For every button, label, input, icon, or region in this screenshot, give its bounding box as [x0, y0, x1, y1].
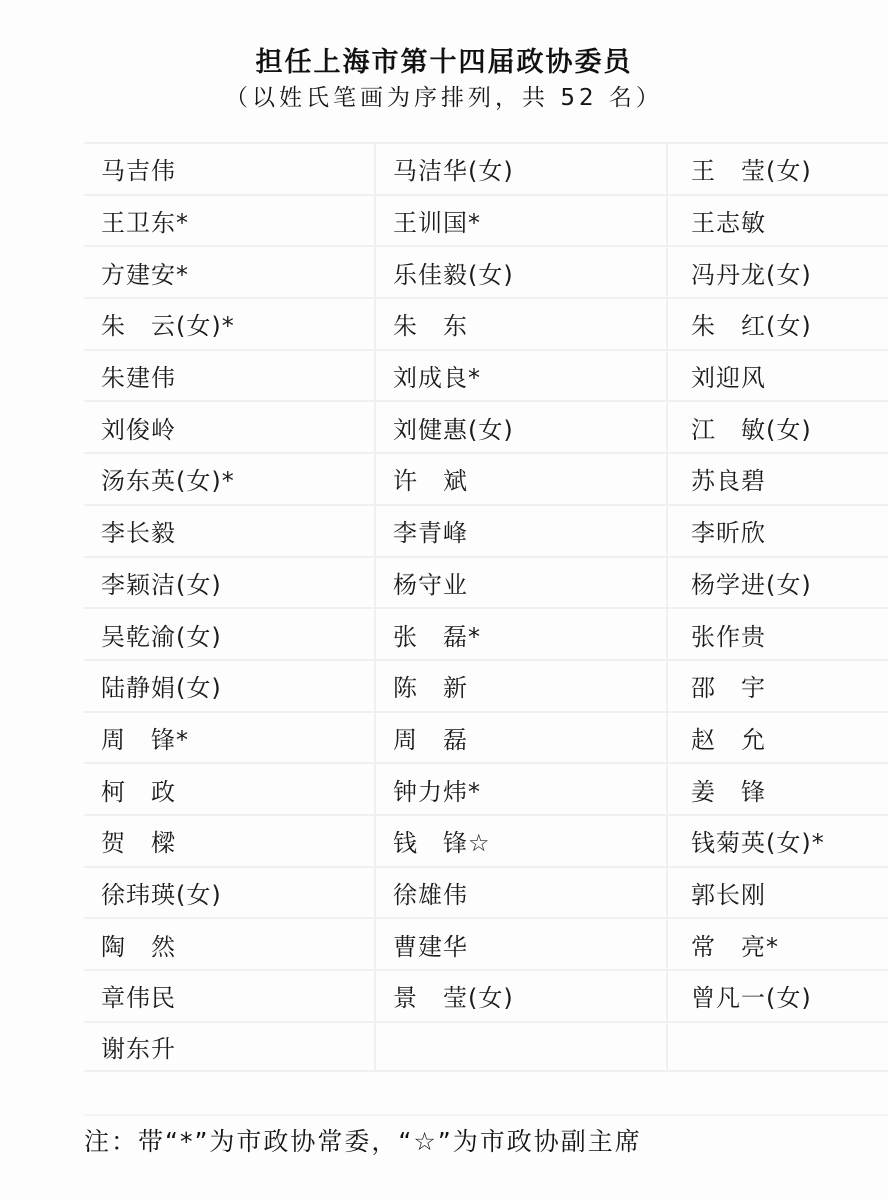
name-cell: 江 敏(女)	[666, 402, 888, 452]
name-cell: 周 锋*	[84, 713, 374, 763]
name-cell: 朱 红(女)	[666, 299, 888, 349]
table-row: 方建安*乐佳毅(女)冯丹龙(女)	[84, 245, 888, 297]
name-cell: 陆静娟(女)	[84, 661, 374, 711]
name-cell: 刘迎风	[666, 351, 888, 401]
name-cell: 郭长刚	[666, 868, 888, 918]
name-cell: 王 莹(女)	[666, 144, 888, 194]
name-cell: 汤东英(女)*	[84, 454, 374, 504]
name-cell: 章伟民	[84, 971, 374, 1021]
table-row: 朱建伟刘成良*刘迎风	[84, 349, 888, 401]
table-empty-band	[84, 1075, 888, 1116]
name-cell: 景 莹(女)	[374, 971, 666, 1021]
table-row: 李颖洁(女)杨守业杨学进(女)	[84, 556, 888, 608]
name-cell: 许 斌	[374, 454, 666, 504]
name-cell: 陶 然	[84, 919, 374, 969]
footnote: 注：带“*”为市政协常委，“☆”为市政协副主席	[84, 1122, 868, 1158]
name-cell: 周 磊	[374, 713, 666, 763]
name-cell: 李昕欣	[666, 506, 888, 556]
name-cell: 冯丹龙(女)	[666, 247, 888, 297]
name-cell: 李青峰	[374, 506, 666, 556]
name-cell: 曹建华	[374, 919, 666, 969]
name-cell: 柯 政	[84, 764, 374, 814]
table-row: 周 锋*周 磊赵 允	[84, 711, 888, 763]
name-cell: 赵 允	[666, 713, 888, 763]
page-subtitle: （以姓氏笔画为序排列，共 52 名）	[0, 79, 888, 112]
table-row: 章伟民景 莹(女)曾凡一(女)	[84, 969, 888, 1021]
name-cell: 马洁华(女)	[374, 144, 666, 194]
name-cell: 陈 新	[374, 661, 666, 711]
name-cell: 李长毅	[84, 506, 374, 556]
name-cell: 苏良碧	[666, 454, 888, 504]
name-cell: 张作贵	[666, 609, 888, 659]
name-cell: 朱 东	[374, 299, 666, 349]
table-row: 徐玮瑛(女)徐雄伟郭长刚	[84, 866, 888, 918]
table-row: 汤东英(女)*许 斌苏良碧	[84, 452, 888, 504]
name-cell: 王卫东*	[84, 196, 374, 246]
name-cell: 张 磊*	[374, 609, 666, 659]
name-cell	[374, 1023, 666, 1071]
table-row: 陆静娟(女)陈 新邵 宇	[84, 659, 888, 711]
name-cell: 乐佳毅(女)	[374, 247, 666, 297]
name-cell: 李颖洁(女)	[84, 558, 374, 608]
name-cell: 钟力炜*	[374, 764, 666, 814]
name-cell: 刘成良*	[374, 351, 666, 401]
table-row: 陶 然曹建华常 亮*	[84, 917, 888, 969]
table-row: 马吉伟马洁华(女)王 莹(女)	[84, 142, 888, 194]
name-cell: 姜 锋	[666, 764, 888, 814]
name-cell: 谢东升	[84, 1023, 374, 1071]
table-row: 王卫东*王训国*王志敏	[84, 194, 888, 246]
name-cell: 杨学进(女)	[666, 558, 888, 608]
name-cell: 王训国*	[374, 196, 666, 246]
name-cell: 徐玮瑛(女)	[84, 868, 374, 918]
name-cell	[666, 1023, 888, 1071]
name-cell: 徐雄伟	[374, 868, 666, 918]
name-cell: 刘健惠(女)	[374, 402, 666, 452]
table-row: 柯 政钟力炜*姜 锋	[84, 762, 888, 814]
table-row: 谢东升	[84, 1021, 888, 1073]
name-cell: 马吉伟	[84, 144, 374, 194]
name-cell: 朱 云(女)*	[84, 299, 374, 349]
table-row: 李长毅李青峰李昕欣	[84, 504, 888, 556]
table-row: 贺 樑钱 锋☆钱菊英(女)*	[84, 814, 888, 866]
name-cell: 朱建伟	[84, 351, 374, 401]
name-cell: 钱 锋☆	[374, 816, 666, 866]
name-cell: 刘俊岭	[84, 402, 374, 452]
name-cell: 方建安*	[84, 247, 374, 297]
table-row: 吴乾渝(女)张 磊*张作贵	[84, 607, 888, 659]
name-cell: 吴乾渝(女)	[84, 609, 374, 659]
name-cell: 曾凡一(女)	[666, 971, 888, 1021]
name-cell: 王志敏	[666, 196, 888, 246]
name-cell: 贺 樑	[84, 816, 374, 866]
name-cell: 邵 宇	[666, 661, 888, 711]
name-cell: 钱菊英(女)*	[666, 816, 888, 866]
members-table: 马吉伟马洁华(女)王 莹(女)王卫东*王训国*王志敏方建安*乐佳毅(女)冯丹龙(…	[84, 142, 888, 1072]
table-row: 朱 云(女)*朱 东朱 红(女)	[84, 297, 888, 349]
name-cell: 常 亮*	[666, 919, 888, 969]
page-title: 担任上海市第十四届政协委员	[0, 40, 888, 79]
name-cell: 杨守业	[374, 558, 666, 608]
table-row: 刘俊岭刘健惠(女)江 敏(女)	[84, 400, 888, 452]
